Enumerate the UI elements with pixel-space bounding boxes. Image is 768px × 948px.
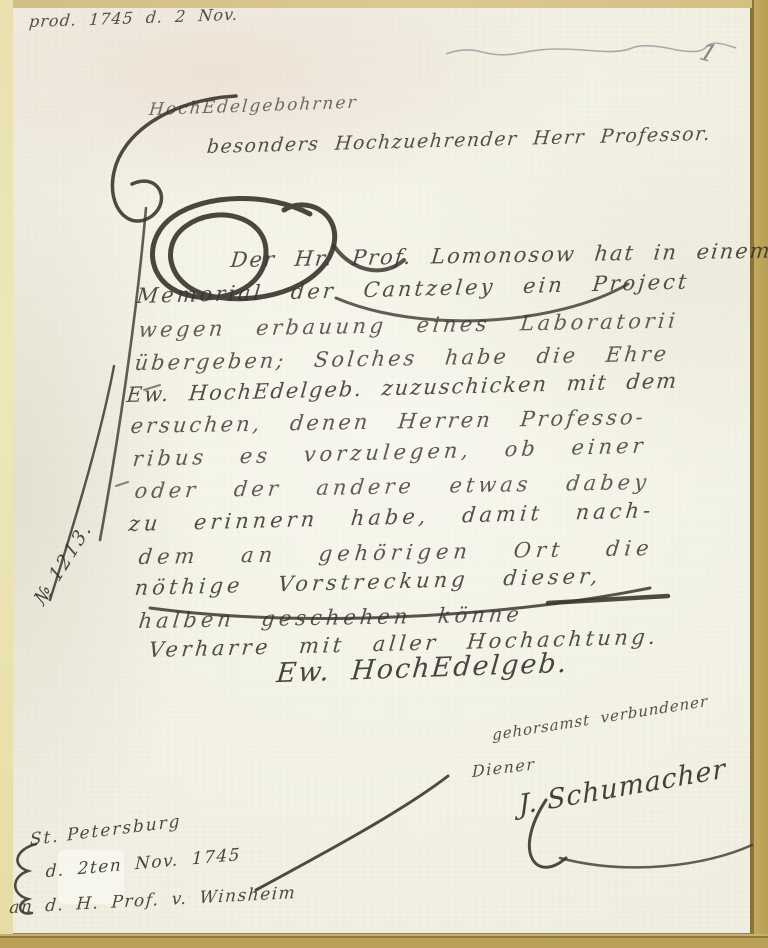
scan-frame: prod. 1745 d. 2 Nov. 1 HochEdelgebohrner… [0,0,768,948]
mat-edge-top [0,0,768,8]
mat-edge-bottom [0,934,768,948]
mat-edge-left [0,0,13,948]
mat-edge-right [752,0,768,948]
